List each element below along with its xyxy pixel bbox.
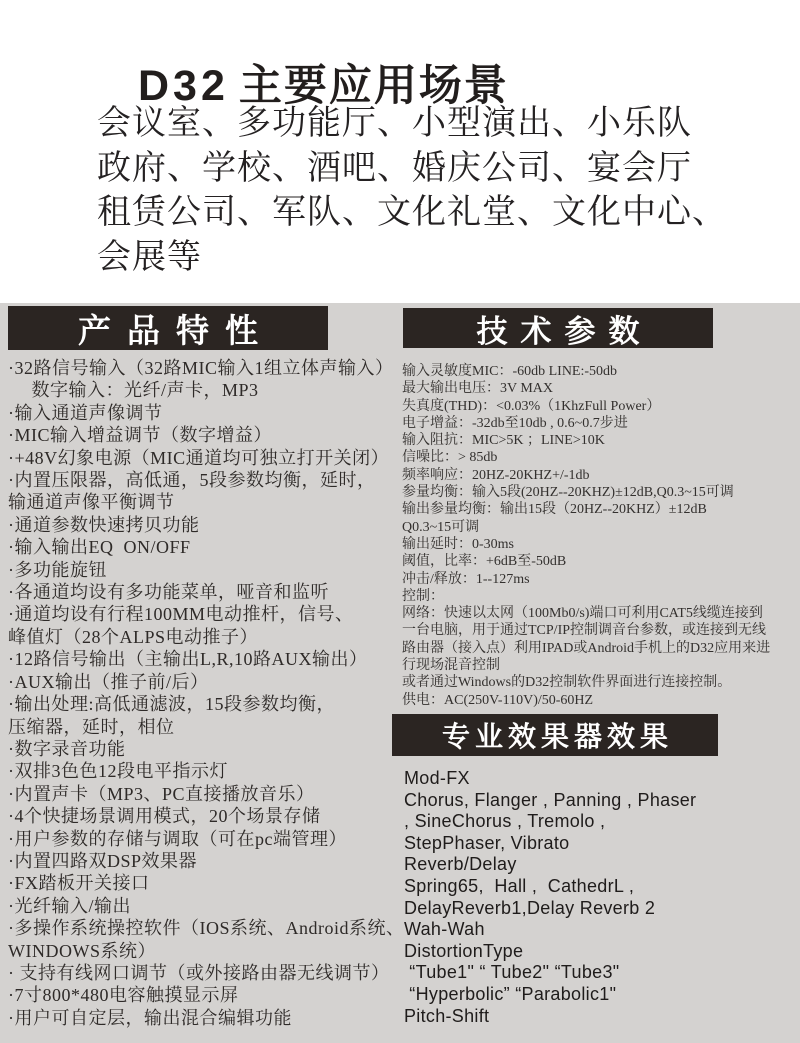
intro-line: 政府、学校、酒吧、婚庆公司、宴会厅 bbox=[97, 146, 727, 191]
feature-line: ·输入通道声像调节 bbox=[8, 402, 400, 424]
feature-line: 峰值灯（28个ALPS电动推子） bbox=[8, 626, 400, 648]
spec-line: 电子增益：-32db至10db , 0.6~0.7步进 bbox=[402, 415, 798, 432]
spec-line: 控制： bbox=[402, 588, 798, 605]
spec-line: 频率响应：20HZ-20KHZ+/-1db bbox=[402, 467, 798, 484]
spec-line: 信噪比：> 85db bbox=[402, 449, 798, 466]
feature-line: ·输出处理:高低通滤波，15段参数均衡， bbox=[8, 693, 400, 715]
intro-line: 会议室、多功能厅、小型演出、小乐队 bbox=[97, 101, 727, 146]
application-scenarios-text: 会议室、多功能厅、小型演出、小乐队政府、学校、酒吧、婚庆公司、宴会厅租赁公司、军… bbox=[97, 101, 727, 279]
feature-line: ·FX踏板开关接口 bbox=[8, 872, 400, 894]
spec-line: 网络：快速以太网（100Mb0/s)端口可利用CAT5线缆连接到 bbox=[402, 605, 798, 622]
spec-line: 行现场混音控制 bbox=[402, 657, 798, 674]
spec-line: 供电：AC(250V-110V)/50-60HZ bbox=[402, 692, 798, 709]
feature-line: · 支持有线网口调节（或外接路由器无线调节） bbox=[8, 962, 400, 984]
feature-line: ·7寸800*480电容触摸显示屏 bbox=[8, 984, 400, 1006]
feature-line: ·12路信号输出（主输出L,R,10路AUX输出） bbox=[8, 648, 400, 670]
spec-line: 输出参量均衡：输出15段（20HZ--20KHZ）±12dB bbox=[402, 501, 798, 518]
spec-line: 输入阻抗：MIC>5K ；LINE>10K bbox=[402, 432, 798, 449]
feature-line: ·用户可自定层，输出混合编辑功能 bbox=[8, 1007, 400, 1029]
feature-line: ·光纤输入/输出 bbox=[8, 895, 400, 917]
effects-header-banner: 专业效果器效果 bbox=[392, 714, 718, 756]
specs-header-label: 技术参数 bbox=[477, 306, 653, 351]
feature-line: ·MIC输入增益调节（数字增益） bbox=[8, 424, 400, 446]
effects-list: Mod-FXChorus, Flanger , Panning , Phaser… bbox=[404, 768, 798, 1027]
feature-line: ·+48V幻象电源（MIC通道均可独立打开关闭） bbox=[8, 447, 400, 469]
feature-line: WINDOWS系统） bbox=[8, 940, 400, 962]
spec-line: 一台电脑，用于通过TCP/IP控制调音台参数，或连接到无线 bbox=[402, 622, 798, 639]
feature-line: 输通道声像平衡调节 bbox=[8, 491, 400, 513]
effect-line: Chorus, Flanger , Panning , Phaser bbox=[404, 790, 798, 812]
effect-line: Reverb/Delay bbox=[404, 854, 798, 876]
spec-line: 输入灵敏度MIC：-60db LINE:-50db bbox=[402, 363, 798, 380]
effect-line: Mod-FX bbox=[404, 768, 798, 790]
spec-line: Q0.3~15可调 bbox=[402, 519, 798, 536]
spec-line: 输出延时：0-30ms bbox=[402, 536, 798, 553]
feature-line: 压缩器，延时，相位 bbox=[8, 716, 400, 738]
intro-line: 租赁公司、军队、文化礼堂、文化中心、 bbox=[97, 190, 727, 235]
spec-line: 阈值，比率：+6dB至-50dB bbox=[402, 553, 798, 570]
spec-line: 最大输出电压：3V MAX bbox=[402, 380, 798, 397]
feature-line: ·各通道均设有多功能菜单，哑音和监听 bbox=[8, 581, 400, 603]
feature-line: ·多功能旋钮 bbox=[8, 559, 400, 581]
feature-line: 数字输入：光纤/声卡，MP3 bbox=[8, 379, 400, 401]
product-sheet-page: D32主要应用场景 会议室、多功能厅、小型演出、小乐队政府、学校、酒吧、婚庆公司… bbox=[0, 0, 800, 1043]
spec-line: 冲击/释放：1--127ms bbox=[402, 571, 798, 588]
feature-line: ·32路信号输入（32路MIC输入1组立体声输入） bbox=[8, 357, 400, 379]
intro-line: 会展等 bbox=[97, 235, 727, 280]
spec-line: 参量均衡：输入5段(20HZ--20KHZ)±12dB,Q0.3~15可调 bbox=[402, 484, 798, 501]
effect-line: StepPhaser, Vibrato bbox=[404, 833, 798, 855]
effect-line: “Hyperbolic” “Parabolic1" bbox=[404, 984, 798, 1006]
feature-line: ·AUX输出（推子前/后） bbox=[8, 671, 400, 693]
features-list: ·32路信号输入（32路MIC输入1组立体声输入） 数字输入：光纤/声卡，MP3… bbox=[8, 357, 400, 1029]
effect-line: “Tube1" “ Tube2" “Tube3" bbox=[404, 962, 798, 984]
feature-line: ·内置声卡（MP3、PC直接播放音乐） bbox=[8, 783, 400, 805]
feature-line: ·多操作系统操控软件（IOS系统、Android系统、 bbox=[8, 917, 400, 939]
feature-line: ·用户参数的存储与调取（可在pc端管理） bbox=[8, 828, 400, 850]
effects-header-label: 专业效果器效果 bbox=[442, 715, 673, 755]
spec-line: 或者通过Windows的D32控制软件界面进行连接控制。 bbox=[402, 674, 798, 691]
effect-line: DelayReverb1,Delay Reverb 2 bbox=[404, 898, 798, 920]
feature-line: ·数字录音功能 bbox=[8, 738, 400, 760]
spec-line: 路由器（接入点）利用IPAD或Android手机上的D32应用来进 bbox=[402, 640, 798, 657]
specs-header-banner: 技术参数 bbox=[403, 308, 713, 348]
feature-line: ·4个快捷场景调用模式，20个场景存储 bbox=[8, 805, 400, 827]
specs-list: 输入灵敏度MIC：-60db LINE:-50db最大输出电压：3V MAX失真… bbox=[402, 363, 798, 709]
effect-line: Wah-Wah bbox=[404, 919, 798, 941]
features-header-label: 产品特性 bbox=[78, 305, 274, 352]
spec-line: 失真度(THD)：<0.03%（1KhzFull Power） bbox=[402, 398, 798, 415]
feature-line: ·双排3色色12段电平指示灯 bbox=[8, 760, 400, 782]
features-header-banner: 产品特性 bbox=[8, 306, 328, 350]
effect-line: DistortionType bbox=[404, 941, 798, 963]
feature-line: ·内置四路双DSP效果器 bbox=[8, 850, 400, 872]
effect-line: Spring65, Hall , CathedrL , bbox=[404, 876, 798, 898]
feature-line: ·通道均设有行程100MM电动推杆，信号、 bbox=[8, 603, 400, 625]
feature-line: ·输入输出EQ ON/OFF bbox=[8, 536, 400, 558]
effect-line: Pitch-Shift bbox=[404, 1006, 798, 1028]
feature-line: ·通道参数快速拷贝功能 bbox=[8, 514, 400, 536]
effect-line: , SineChorus , Tremolo , bbox=[404, 811, 798, 833]
feature-line: ·内置压限器，高低通，5段参数均衡，延时， bbox=[8, 469, 400, 491]
